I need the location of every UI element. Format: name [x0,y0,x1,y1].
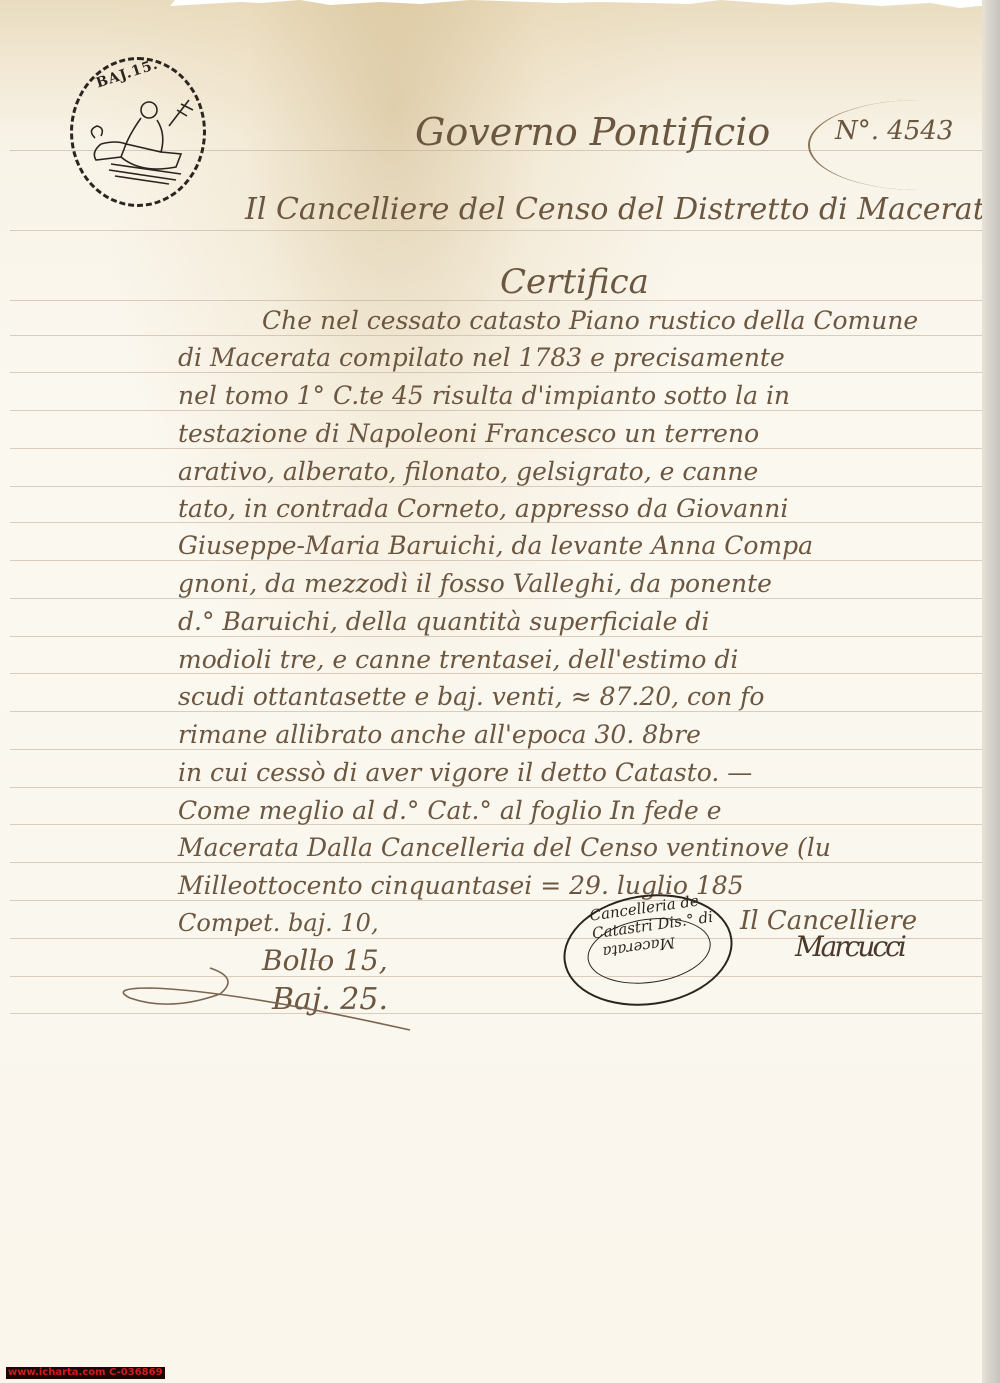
body-line: modioli tre, e canne trentasei, dell'est… [178,645,738,674]
body-line: arativo, alberato, filonato, gelsigrato,… [178,457,758,486]
body-line: testazione di Napoleoni Francesco un ter… [178,419,759,448]
tax-stamp: BAJ.15. [70,57,206,207]
body-line: di Macerata compilato nel 1783 e precisa… [178,343,785,372]
body-line: Macerata Dalla Cancelleria del Censo ven… [178,833,831,862]
body-line: in cui cessò di aver vigore il detto Cat… [178,758,752,787]
seated-allegorical-figure-icon [81,82,201,197]
body-line: scudi ottantasette e baj. venti, ≈ 87.20… [178,682,764,711]
watermark: www.icharta.com C-036869 [6,1367,165,1379]
issuer-line: Il Cancelliere del Censo del Distretto d… [245,192,1000,227]
signature: Marcucci [795,930,904,963]
body-line: gnoni, da mezzodì il fosso Valleghi, da … [178,569,772,598]
torn-top-edge [0,0,1000,14]
flourish-decoration [110,960,530,1040]
document-number: N°. 4543 [835,116,953,146]
body-line: Giuseppe-Maria Baruichi, da levante Anna… [178,531,813,560]
certificate-heading: Certifica [500,262,649,302]
body-line: Che nel cessato catasto Piano rustico de… [262,306,918,335]
body-line: tato, in contrada Corneto, appresso da G… [178,494,788,523]
body-line: d.° Baruichi, della quantità superficial… [178,607,709,636]
body-line: rimane allibrato anche all'epoca 30. 8br… [178,720,701,749]
body-line: Come meglio al d.° Cat.° al foglio In fe… [178,796,722,825]
page-edge-shadow [982,0,1000,1383]
document-title: Governo Pontificio [415,110,770,154]
body-line: nel tomo 1° C.te 45 risulta d'impianto s… [178,381,790,410]
fee-competence: Compet. baj. 10, [178,909,379,937]
